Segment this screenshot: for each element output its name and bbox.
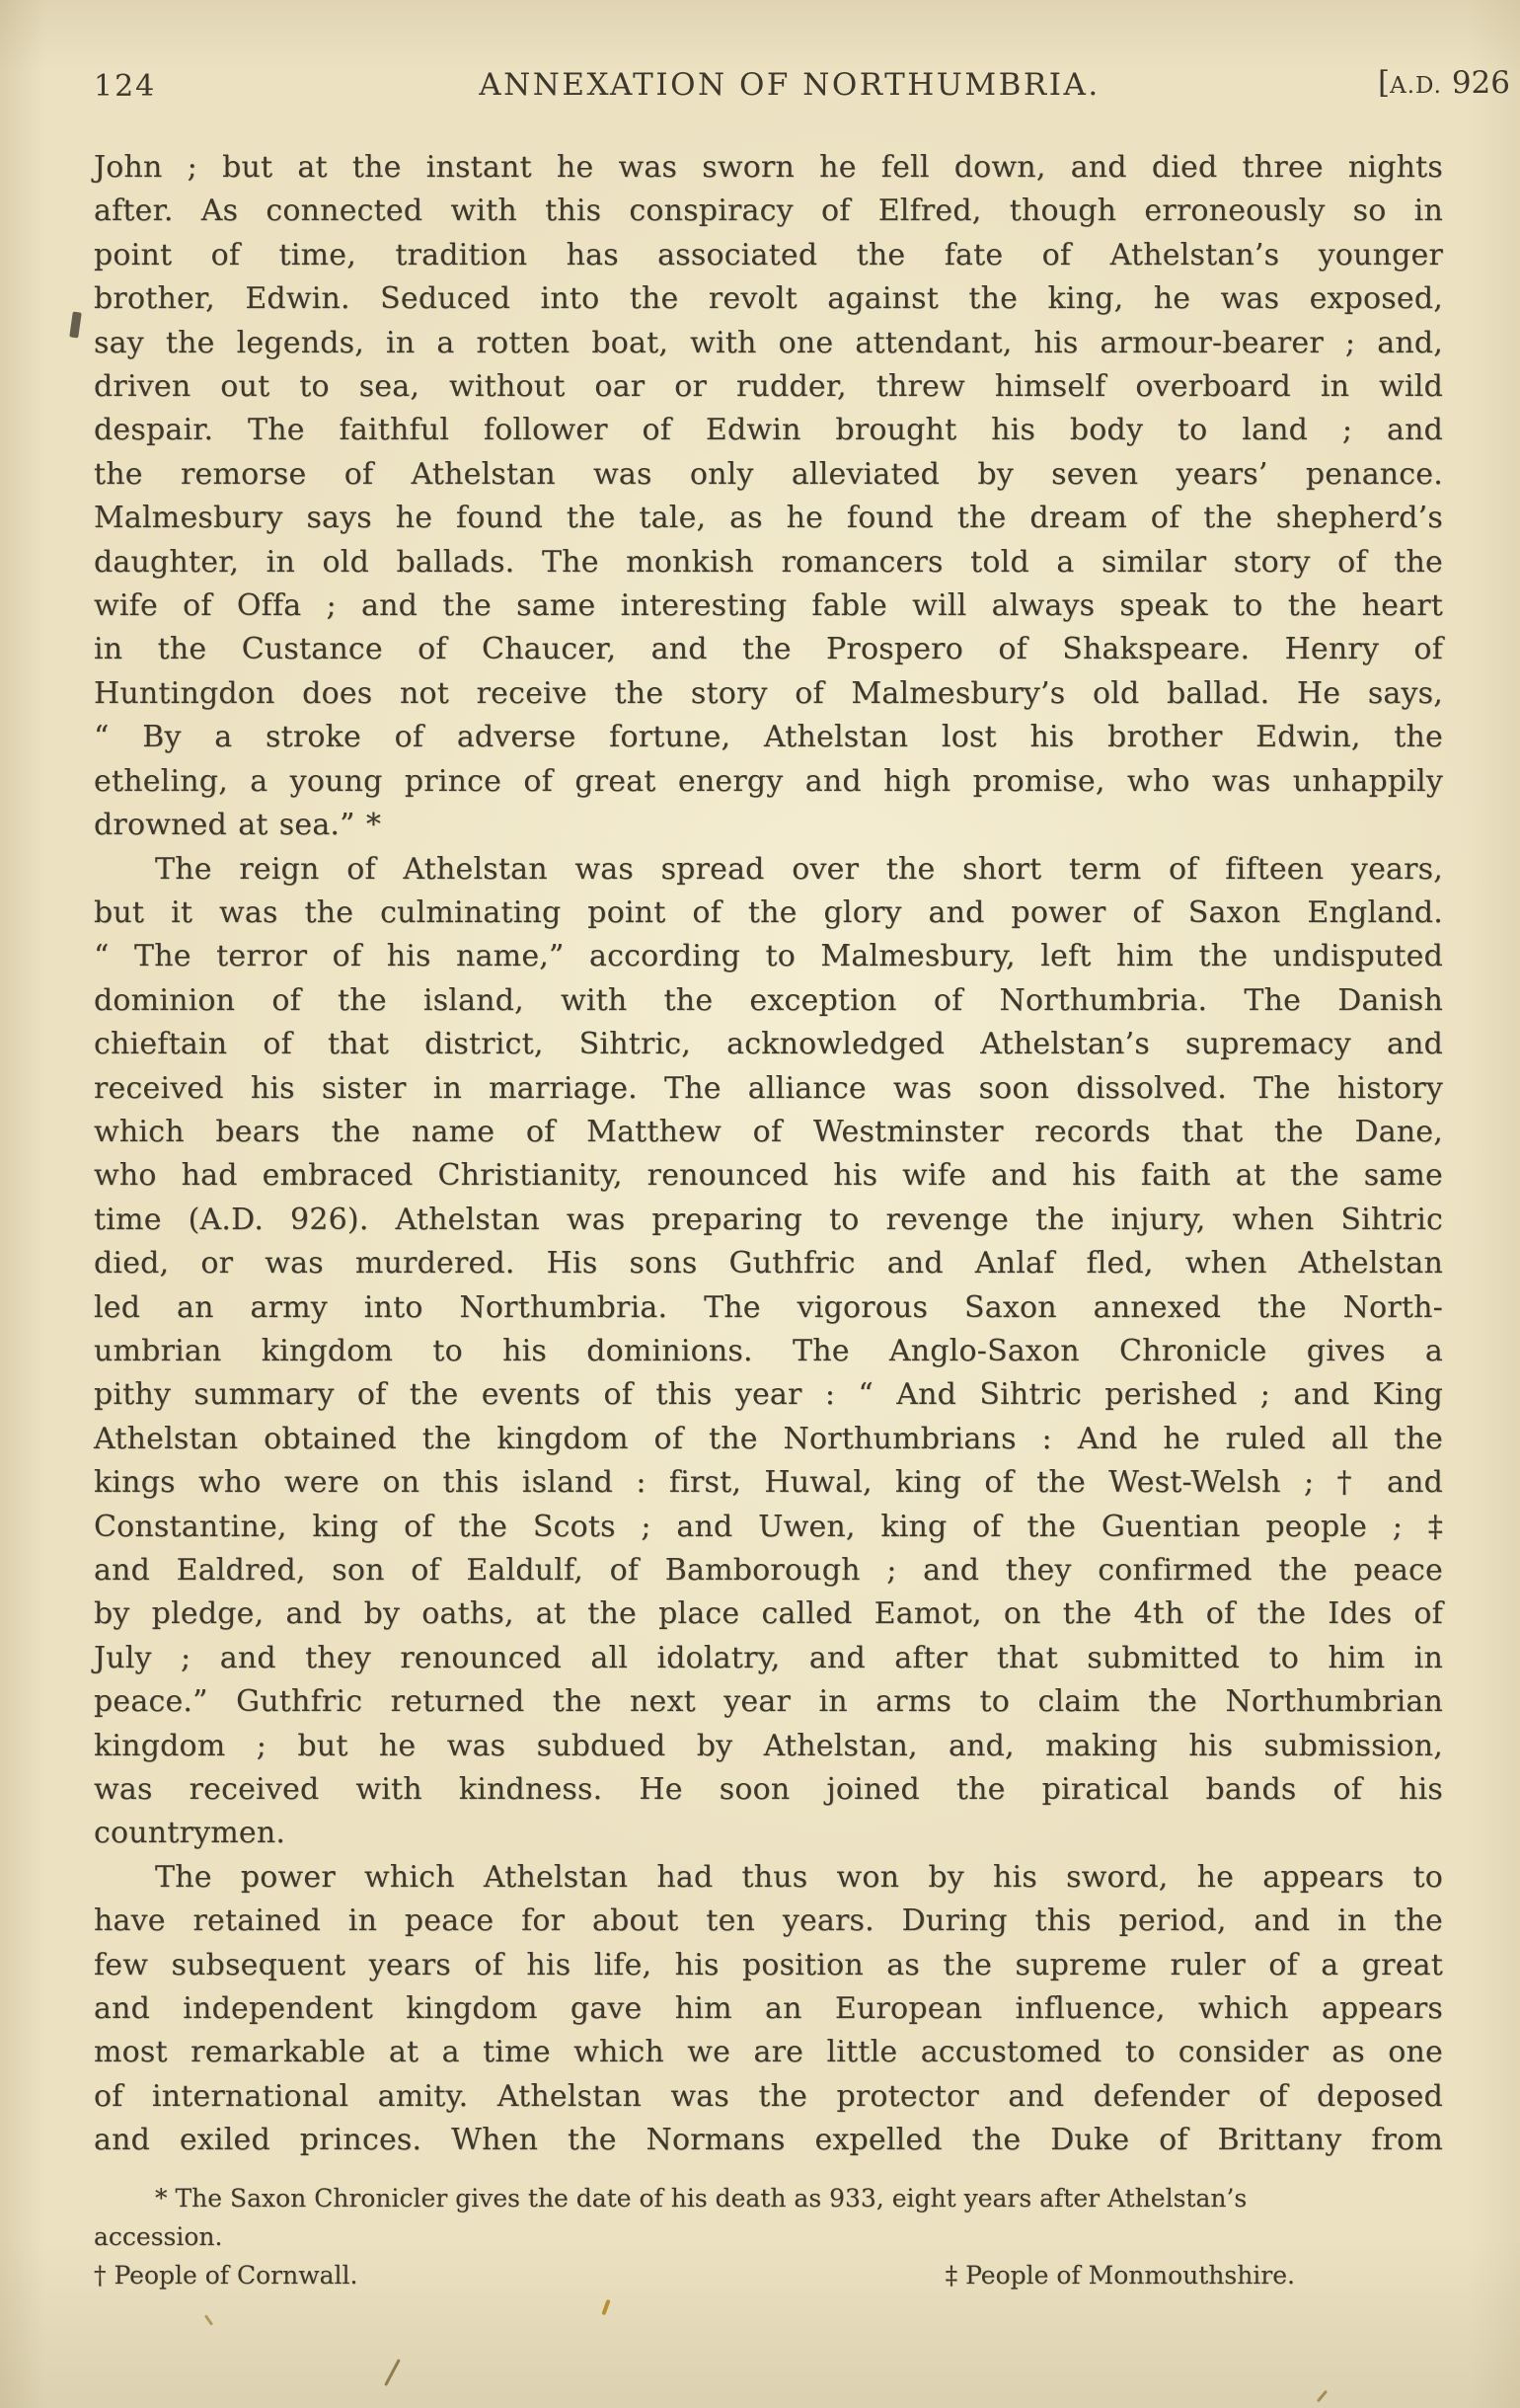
text-line: umbrian kingdom to his dominions. The An…: [94, 1330, 1443, 1373]
text-line: was received with kindness. He soon join…: [94, 1768, 1443, 1812]
text-line: of international amity. Athelstan was th…: [94, 2075, 1443, 2119]
text-line: despair. The faithful follower of Edwin …: [94, 409, 1443, 452]
footnote-row: † People of Cornwall. ‡ People of Monmou…: [94, 2256, 1443, 2294]
text-line: time (A.D. 926). Athelstan was preparing…: [94, 1199, 1443, 1242]
text-line: and Ealdred, son of Ealdulf, of Bamborou…: [94, 1549, 1443, 1592]
text-line: Huntingdon does not receive the story of…: [94, 672, 1443, 716]
text-line: after. As connected with this conspiracy…: [94, 190, 1443, 233]
date-bracket: [: [1378, 65, 1390, 101]
book-page: 124 ANNEXATION OF NORTHUMBRIA. [A.D. 926…: [0, 0, 1520, 2408]
text-line: The reign of Athelstan was spread over t…: [94, 848, 1443, 892]
ink-blot-artifact: [69, 312, 82, 339]
text-line: The power which Athelstan had thus won b…: [94, 1856, 1443, 1900]
text-line: point of time, tradition has associated …: [94, 234, 1443, 277]
text-line: “ By a stroke of adverse fortune, Athels…: [94, 716, 1443, 759]
text-line: chieftain of that district, Sihtric, ack…: [94, 1023, 1443, 1066]
text-line: dominion of the island, with the excepti…: [94, 979, 1443, 1023]
text-line: etheling, a young prince of great energy…: [94, 760, 1443, 804]
text-line: kingdom ; but he was subdued by Athelsta…: [94, 1725, 1443, 1768]
footnotes: * The Saxon Chronicler gives the date of…: [94, 2179, 1443, 2294]
footnote-asterisk-continuation: accession.: [94, 2217, 1443, 2256]
text-line: led an army into Northumbria. The vigoro…: [94, 1286, 1443, 1330]
footnote-asterisk: * The Saxon Chronicler gives the date of…: [94, 2179, 1443, 2217]
text-line: say the legends, in a rotten boat, with …: [94, 322, 1443, 365]
page-header: 124 ANNEXATION OF NORTHUMBRIA. [A.D. 926: [0, 0, 1520, 146]
text-line: the remorse of Athelstan was only allevi…: [94, 453, 1443, 497]
text-line: brother, Edwin. Seduced into the revolt …: [94, 277, 1443, 321]
running-title: ANNEXATION OF NORTHUMBRIA.: [30, 67, 1520, 103]
text-line: pithy summary of the events of this year…: [94, 1373, 1443, 1417]
paper-speck: [384, 2359, 401, 2386]
page-body: John ; but at the instant he was sworn h…: [94, 146, 1443, 2163]
text-line: Malmesbury says he found the tale, as he…: [94, 497, 1443, 540]
text-line: peace.” Guthfric returned the next year …: [94, 1680, 1443, 1724]
paper-speck: [1317, 2390, 1328, 2403]
text-line: died, or was murdered. His sons Guthfric…: [94, 1242, 1443, 1285]
text-line: by pledge, and by oaths, at the place ca…: [94, 1592, 1443, 1636]
text-line: daughter, in old ballads. The monkish ro…: [94, 541, 1443, 584]
text-line: Constantine, king of the Scots ; and Uwe…: [94, 1506, 1443, 1549]
text-line: driven out to sea, without oar or rudder…: [94, 365, 1443, 409]
date-era: A.D.: [1390, 73, 1442, 99]
marginal-date: [A.D. 926: [1378, 65, 1510, 101]
text-line: countrymen.: [94, 1812, 1443, 1855]
text-line: July ; and they renounced all idolatry, …: [94, 1637, 1443, 1680]
text-line: and exiled princes. When the Normans exp…: [94, 2119, 1443, 2162]
text-line: received his sister in marriage. The all…: [94, 1067, 1443, 1111]
paper-speck: [601, 2299, 610, 2315]
text-line: most remarkable at a time which we are l…: [94, 2031, 1443, 2074]
text-line: who had embraced Christianity, renounced…: [94, 1154, 1443, 1198]
text-line: but it was the culminating point of the …: [94, 892, 1443, 935]
paper-speck: [204, 2314, 213, 2326]
text-line: in the Custance of Chaucer, and the Pros…: [94, 628, 1443, 671]
text-line: which bears the name of Matthew of Westm…: [94, 1111, 1443, 1154]
text-line: have retained in peace for about ten yea…: [94, 1900, 1443, 1943]
footnote-dagger: † People of Cornwall.: [94, 2256, 357, 2294]
text-line: drowned at sea.” *: [94, 804, 1443, 847]
text-line: John ; but at the instant he was sworn h…: [94, 146, 1443, 190]
text-line: “ The terror of his name,” according to …: [94, 935, 1443, 978]
text-line: wife of Offa ; and the same interesting …: [94, 584, 1443, 628]
text-line: and independent kingdom gave him an Euro…: [94, 1987, 1443, 2031]
text-line: few subsequent years of his life, his po…: [94, 1944, 1443, 1987]
text-line: kings who were on this island : first, H…: [94, 1461, 1443, 1505]
date-year: 926: [1452, 65, 1510, 101]
text-line: Athelstan obtained the kingdom of the No…: [94, 1418, 1443, 1461]
footnote-double-dagger: ‡ People of Monmouthshire.: [946, 2256, 1295, 2294]
